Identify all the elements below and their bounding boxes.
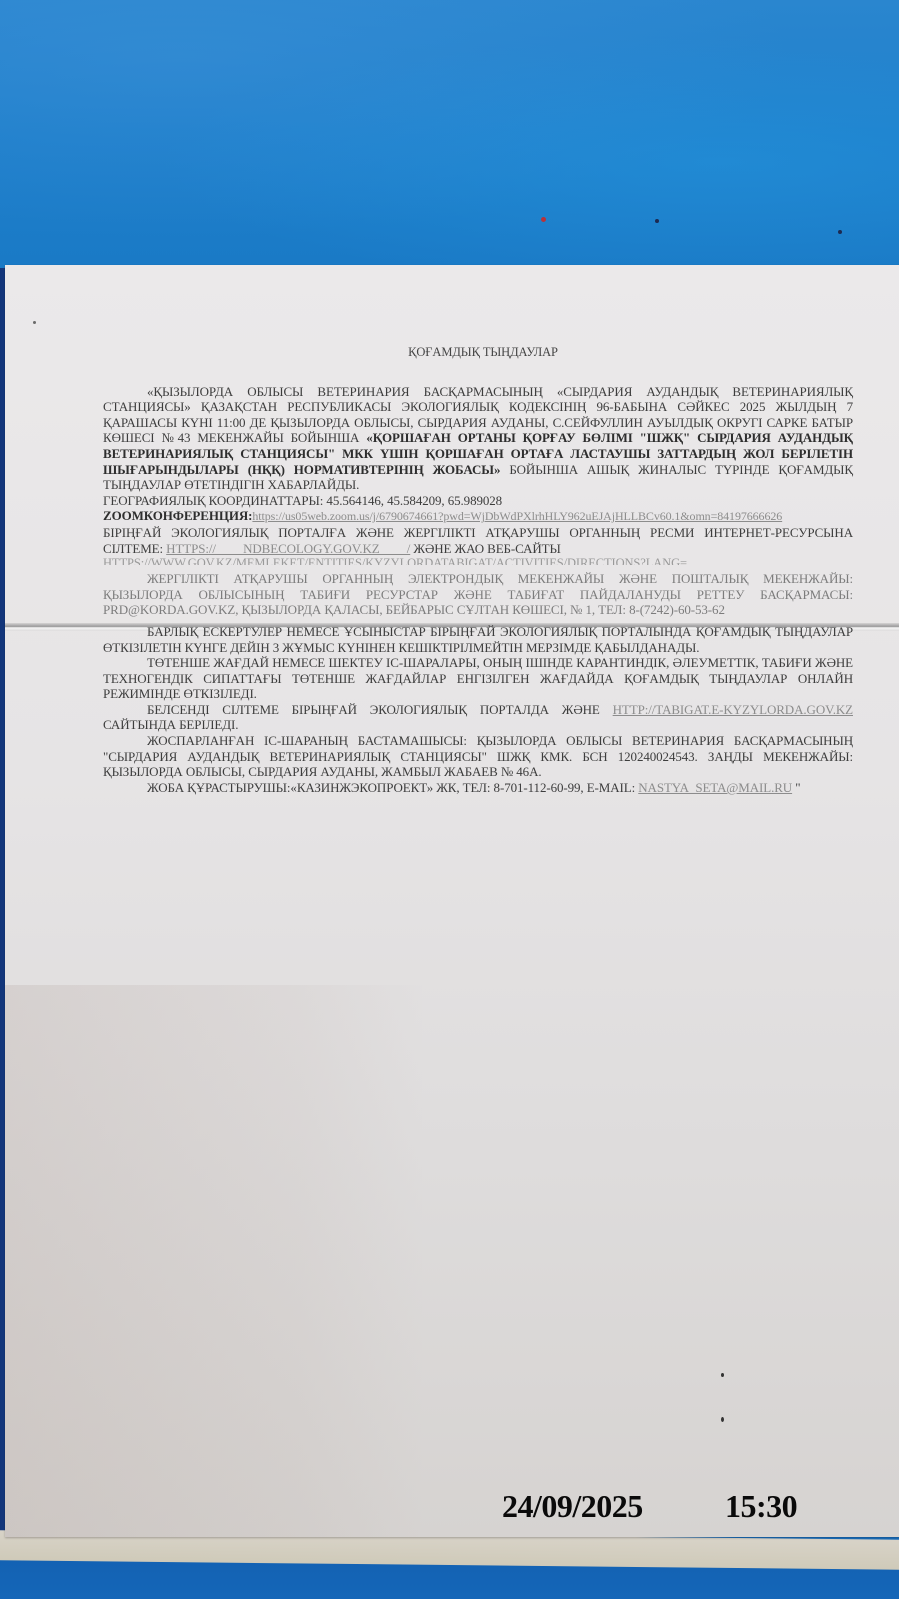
active-link-paragraph: БЕЛСЕНДІ СІЛТЕМЕ БІРЫҢҒАЙ ЭКОЛОГИЯЛЫҚ ПО… [103, 702, 853, 733]
contacts-paragraph: ЖЕРГІЛІКТІ АТҚАРУШЫ ОРГАННЫҢ ЭЛЕКТРОНДЫҚ… [103, 571, 853, 618]
remarks-paragraph: БАРЛЫҚ ЕСКЕРТУЛЕР НЕМЕСЕ ҰСЫНЫСТАР БІРЫҢ… [103, 624, 853, 655]
camera-time-stamp: 15:30 [725, 1488, 797, 1525]
active-link-text: БЕЛСЕНДІ СІЛТЕМЕ БІРЫҢҒАЙ ЭКОЛОГИЯЛЫҚ ПО… [147, 702, 613, 717]
announcement-paragraph: «ҚЫЗЫЛОРДА ОБЛЫСЫ ВЕТЕРИНАРИЯ БАСҚАРМАСЫ… [103, 384, 853, 493]
camera-date-stamp: 24/09/2025 [502, 1488, 643, 1525]
initiator-paragraph: ЖОСПАРЛАНҒАН ІС-ШАРАНЫҢ БАСТАМАШЫСЫ: ҚЫЗ… [103, 733, 853, 780]
developer-end: " [792, 780, 800, 795]
zoom-line: ZOOMКОНФЕРЕНЦИЯ:https://us05web.zoom.us/… [103, 508, 853, 525]
document-title: ҚОҒАМДЫҚ ТЫҢДАУЛАР [103, 345, 853, 361]
notice-board-background [0, 0, 899, 270]
paper-speck [33, 321, 36, 324]
public-hearing-notice: ҚОҒАМДЫҚ ТЫҢДАУЛАР «ҚЫЗЫЛОРДА ОБЛЫСЫ ВЕТ… [103, 345, 853, 795]
developer-text: ЖОБА ҚҰРАСТЫРУШЫ:«КАЗИНЖЭКОПРОЕКТ» ЖК, Т… [147, 780, 638, 795]
zoom-link[interactable]: https://us05web.zoom.us/j/6790674661?pwd… [252, 509, 782, 523]
developer-email[interactable]: NASTYA_SETA@MAIL.RU [638, 780, 792, 795]
paper-speck [721, 1373, 724, 1377]
tabigat-link[interactable]: HTTP://TABIGAT.E-KYZYLORDA.GOV.KZ [613, 702, 853, 717]
portal-paragraph: БІРІҢҒАЙ ЭКОЛОГИЯЛЫҚ ПОРТАЛҒА ЖӘНЕ ЖЕРГІ… [103, 525, 853, 556]
portal-link[interactable]: HTTPS:// NDBECOLOGY.GOV.KZ / [166, 541, 410, 556]
paper-speck [721, 1417, 724, 1422]
pin-mark [655, 219, 659, 223]
akimat-link-folded[interactable]: HTTPS://WWW.GOV.KZ/MEMLEKET/ENTITIES/KYZ… [103, 556, 853, 565]
pin-mark [541, 217, 546, 222]
emergency-paragraph: ТӨТЕНШЕ ЖАҒДАЙ НЕМЕСЕ ШЕКТЕУ ІС-ШАРАЛАРЫ… [103, 655, 853, 702]
portal-text-end: ЖӘНЕ ЖАО ВЕБ-САЙТЫ [410, 541, 560, 556]
zoom-label: ZOOMКОНФЕРЕНЦИЯ: [103, 508, 252, 523]
active-link-end: САЙТЫНДА БЕРІЛЕДІ. [103, 717, 238, 732]
coordinates-line: ГЕОГРАФИЯЛЫҚ КООРДИНАТТАРЫ: 45.564146, 4… [103, 493, 853, 509]
pin-mark [838, 230, 842, 234]
developer-paragraph: ЖОБА ҚҰРАСТЫРУШЫ:«КАЗИНЖЭКОПРОЕКТ» ЖК, Т… [103, 780, 853, 796]
